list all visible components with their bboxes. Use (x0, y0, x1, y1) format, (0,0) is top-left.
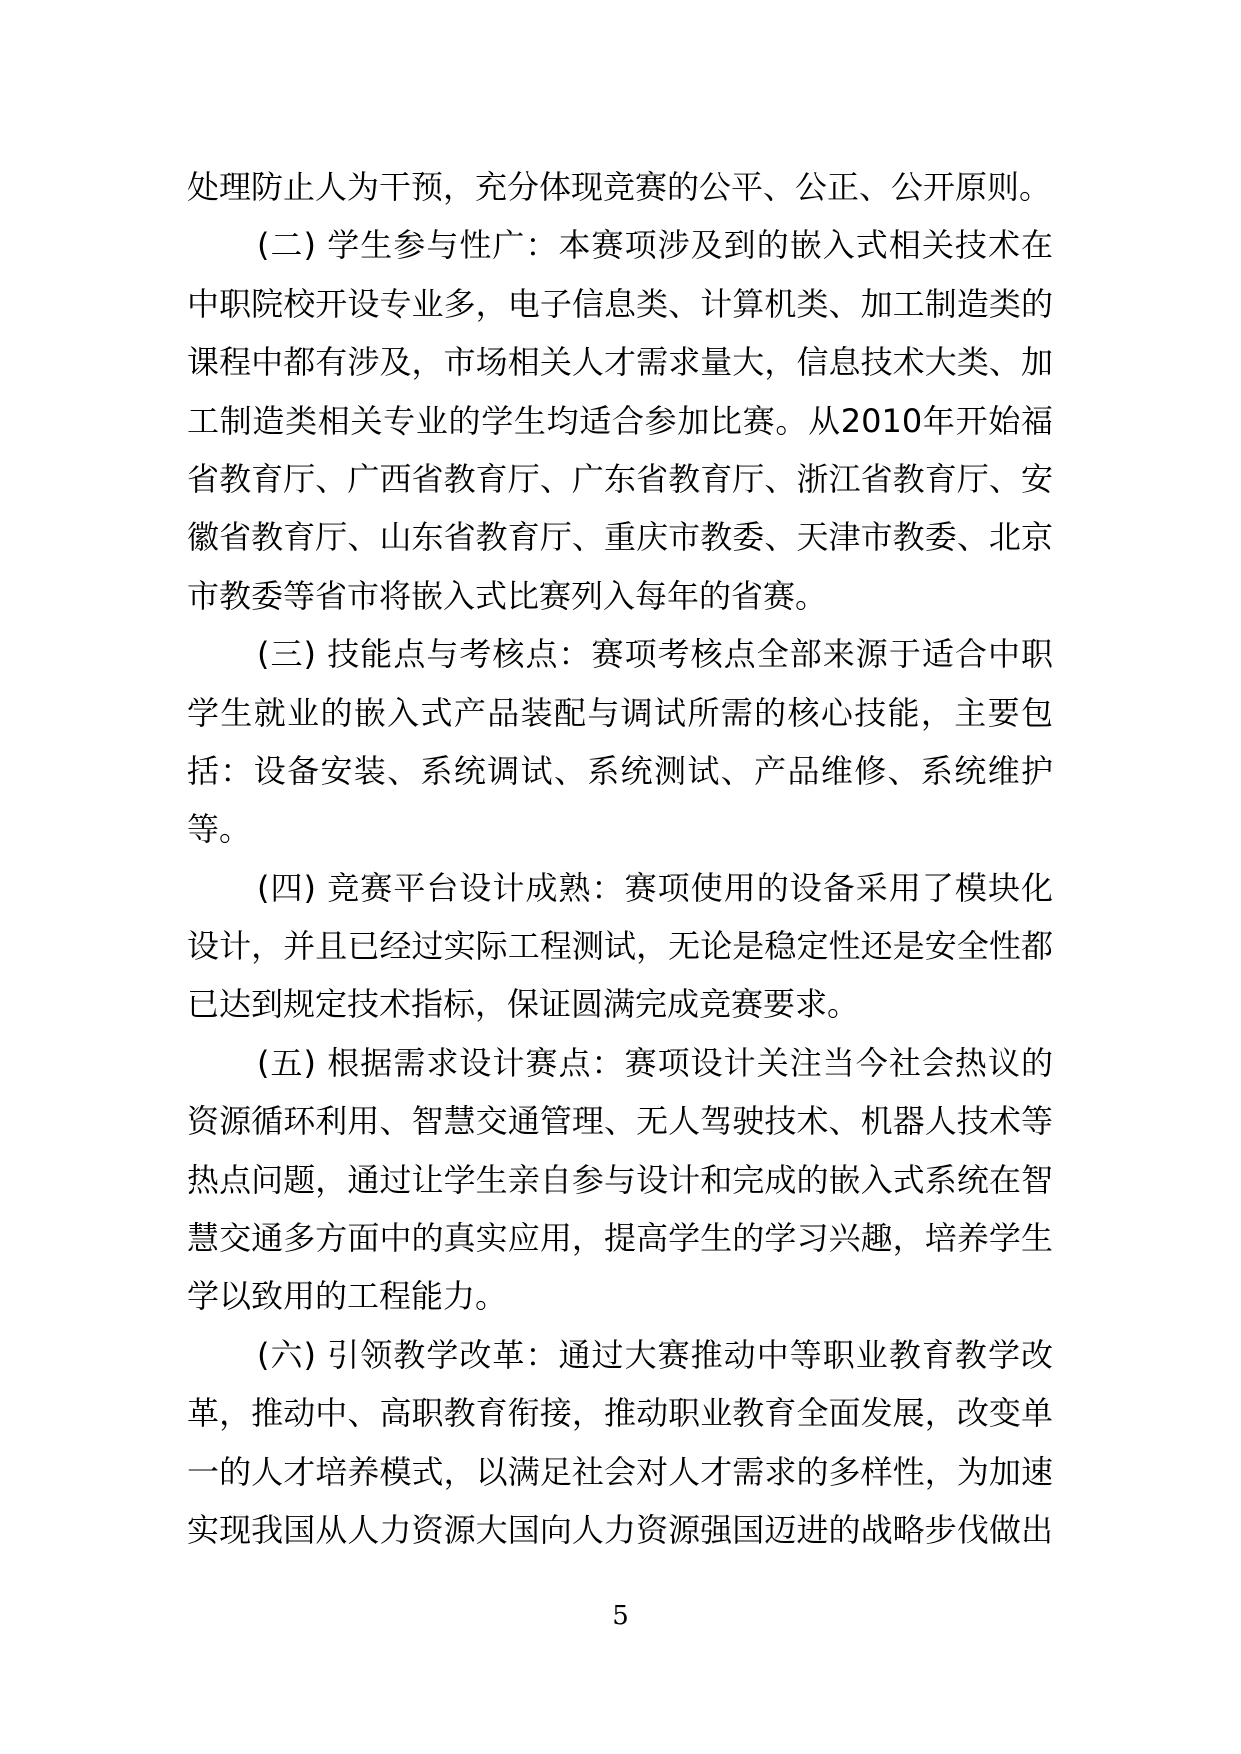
text-line: 中职院校开设专业多，电子信息类、计算机类、加工制造类的 (187, 275, 1053, 333)
page-number: 5 (0, 1601, 1241, 1631)
document-page: 处理防止人为干预，充分体现竞赛的公平、公正、公开原则。 (二) 学生参与性广：本… (0, 0, 1241, 1754)
text-line: 工制造类相关专业的学生均适合参加比赛。从2010年开始福建 (187, 392, 1053, 450)
text-line: 学生就业的嵌入式产品装配与调试所需的核心技能，主要包 (187, 684, 1053, 742)
paragraph-start-line: (五) 根据需求设计赛点：赛项设计关注当今社会热议的 (187, 1034, 1053, 1092)
document-body: 处理防止人为干预，充分体现竞赛的公平、公正、公开原则。 (二) 学生参与性广：本… (187, 158, 1053, 1559)
text-line: 设计，并且已经过实际工程测试，无论是稳定性还是安全性都 (187, 917, 1053, 975)
text-line: 革，推动中、高职教育衔接，推动职业教育全面发展，改变单 (187, 1384, 1053, 1442)
text-line: 学以致用的工程能力。 (187, 1267, 1053, 1325)
text-line: 慧交通多方面中的真实应用，提高学生的学习兴趣，培养学生 (187, 1209, 1053, 1267)
paragraph-start-line: (二) 学生参与性广：本赛项涉及到的嵌入式相关技术在 (187, 216, 1053, 274)
text-line: 市教委等省市将嵌入式比赛列入每年的省赛。 (187, 567, 1053, 625)
text-line: 实现我国从人力资源大国向人力资源强国迈进的战略步伐做出 (187, 1501, 1053, 1559)
text-line: 已达到规定技术指标，保证圆满完成竞赛要求。 (187, 975, 1053, 1033)
paragraph-start-line: (六) 引领教学改革：通过大赛推动中等职业教育教学改 (187, 1326, 1053, 1384)
text-line: 处理防止人为干预，充分体现竞赛的公平、公正、公开原则。 (187, 158, 1053, 216)
text-line: 省教育厅、广西省教育厅、广东省教育厅、浙江省教育厅、安 (187, 450, 1053, 508)
text-line: 课程中都有涉及，市场相关人才需求量大，信息技术大类、加 (187, 333, 1053, 391)
text-line: 热点问题，通过让学生亲自参与设计和完成的嵌入式系统在智 (187, 1151, 1053, 1209)
text-line: 等。 (187, 800, 1053, 858)
paragraph-start-line: (四) 竞赛平台设计成熟：赛项使用的设备采用了模块化 (187, 859, 1053, 917)
text-line: 括：设备安装、系统调试、系统测试、产品维修、系统维护 (187, 742, 1053, 800)
text-line: 徽省教育厅、山东省教育厅、重庆市教委、天津市教委、北京 (187, 508, 1053, 566)
text-line: 一的人才培养模式，以满足社会对人才需求的多样性，为加速 (187, 1443, 1053, 1501)
text-line: 资源循环利用、智慧交通管理、无人驾驶技术、机器人技术等 (187, 1092, 1053, 1150)
paragraph-start-line: (三) 技能点与考核点：赛项考核点全部来源于适合中职 (187, 625, 1053, 683)
